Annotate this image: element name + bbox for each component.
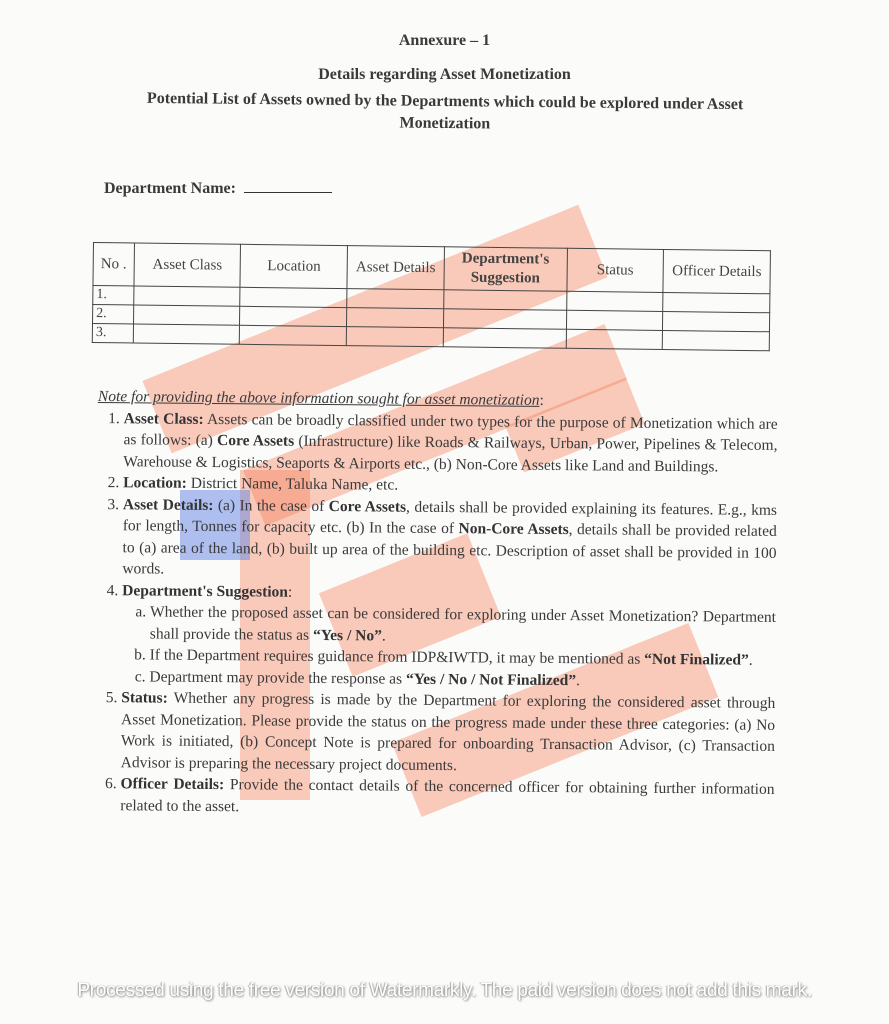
watermark-footer-text: Processed using the free version of Wate… [0, 980, 889, 1002]
department-name-blank[interactable] [244, 178, 332, 193]
cell-status [566, 291, 663, 311]
cell-suggestion [443, 328, 566, 348]
document-subtitle: Details regarding Asset Monetization [0, 66, 889, 84]
col-header-departments-suggestion: Department's Suggestion [444, 247, 567, 291]
department-name-label: Department Name: [104, 180, 236, 197]
cell-officer [663, 311, 770, 331]
cell-no: 2. [93, 305, 134, 324]
col-header-status: Status [567, 248, 664, 292]
col-header-officer-details: Officer Details [663, 249, 770, 293]
col-header-no: No . [93, 243, 134, 286]
cell-asset-details [346, 327, 443, 347]
department-name-field: Department Name: [104, 178, 332, 198]
suggestion-item: Whether the proposed asset can be consid… [150, 601, 776, 649]
col-header-location: Location [240, 244, 347, 288]
cell-location [240, 325, 347, 345]
document-page: Annexure – 1 Details regarding Asset Mon… [0, 0, 889, 1024]
cell-no: 1. [93, 286, 134, 305]
suggestion-sublist: Whether the proposed asset can be consid… [121, 601, 776, 693]
cell-status [566, 310, 663, 330]
notes-list: Asset Class: Assets can be broadly class… [94, 407, 778, 821]
cell-status [566, 329, 663, 349]
cell-asset-class [134, 286, 241, 306]
cell-no: 3. [92, 324, 133, 343]
notes-section: Note for providing the above information… [94, 386, 778, 822]
note-asset-details: Asset Details: (a) In the case of Core A… [122, 494, 777, 586]
cell-officer [663, 330, 770, 350]
cell-asset-details [347, 308, 444, 328]
cell-location [240, 306, 347, 326]
note-departments-suggestion: Department's Suggestion: Whether the pro… [121, 580, 776, 693]
annexure-heading: Annexure – 1 [0, 32, 889, 50]
note-status: Status: Whether any progress is made by … [121, 687, 776, 779]
asset-table: No . Asset Class Location Asset Details … [92, 242, 771, 351]
cell-asset-class [133, 305, 240, 325]
note-asset-class: Asset Class: Assets can be broadly class… [123, 408, 778, 478]
cell-suggestion [444, 290, 567, 310]
col-header-asset-class: Asset Class [134, 243, 241, 287]
cell-location [240, 287, 347, 307]
cell-asset-details [347, 289, 444, 309]
cell-asset-class [133, 324, 240, 344]
cell-officer [663, 292, 770, 312]
document-title: Potential List of Assets owned by the De… [110, 87, 780, 138]
cell-suggestion [443, 309, 566, 329]
col-header-asset-details: Asset Details [347, 246, 444, 290]
note-officer-details: Officer Details: Provide the contact det… [120, 773, 774, 822]
